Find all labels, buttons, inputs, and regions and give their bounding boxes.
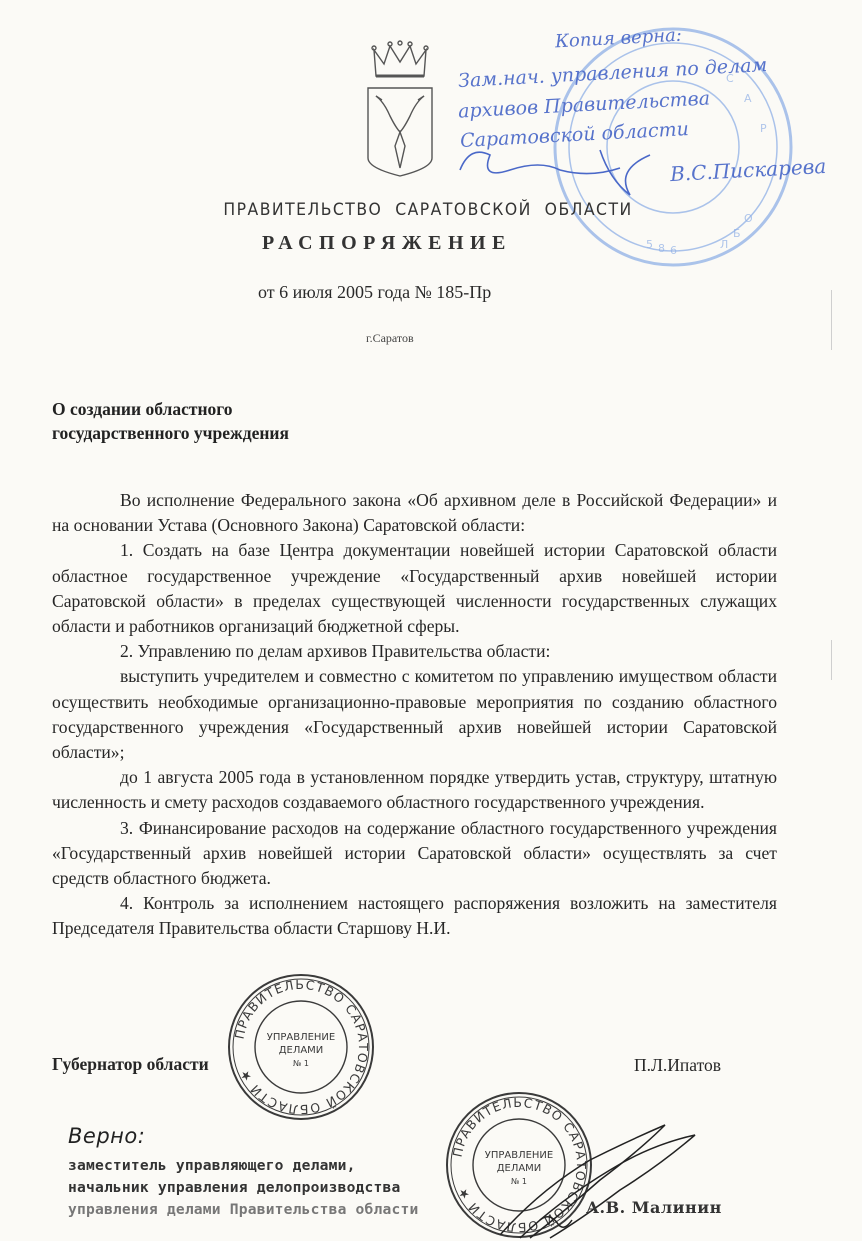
signer-title: Губернатор области <box>52 1054 209 1075</box>
svg-text:УПРАВЛЕНИЕ: УПРАВЛЕНИЕ <box>267 1032 336 1043</box>
clause-3-paragraph: 3. Финансирование расходов на содержание… <box>52 816 777 892</box>
clause-4-paragraph: 4. Контроль за исполнением настоящего ра… <box>52 891 777 941</box>
svg-text:8: 8 <box>658 242 665 255</box>
scan-edge-mark <box>831 640 832 680</box>
preamble-paragraph: Во исполнение Федерального закона «Об ар… <box>52 488 777 538</box>
document-subject: О создании областного государственного у… <box>52 397 289 445</box>
certifier-name: А.В. Малинин <box>586 1198 722 1217</box>
clause-2-item-a-paragraph: выступить учредителем и совместно с коми… <box>52 664 777 765</box>
saratov-coat-of-arms-icon <box>362 40 438 180</box>
svg-text:Б: Б <box>733 227 741 240</box>
subject-line-2: государственного учреждения <box>52 421 289 445</box>
svg-text:ДЕЛАМИ: ДЕЛАМИ <box>279 1045 324 1056</box>
document-type-title: РАСПОРЯЖЕНИЕ <box>262 232 512 255</box>
scan-edge-mark <box>831 290 832 350</box>
certification-line-3: управления делами Правительства области <box>68 1199 418 1221</box>
svg-text:5: 5 <box>646 238 653 251</box>
clause-1-paragraph: 1. Создать на базе Центра документации н… <box>52 538 777 639</box>
certification-line-2: начальник управления делопроизводства <box>68 1177 418 1199</box>
document-city: г.Саратов <box>366 331 414 346</box>
handwritten-signature-icon <box>480 1120 700 1241</box>
svg-text:6: 6 <box>670 244 677 257</box>
svg-text:№ 1: № 1 <box>293 1059 309 1068</box>
svg-text:Л: Л <box>720 238 728 251</box>
scanned-document-page: САР ОБЛ 685 Копия верна: Зам.нач. управл… <box>0 0 862 1241</box>
certification-position: заместитель управляющего делами, начальн… <box>68 1155 418 1221</box>
subject-line-1: О создании областного <box>52 397 289 421</box>
certification-heading: Верно: <box>68 1124 145 1148</box>
document-body: Во исполнение Федерального закона «Об ар… <box>52 488 777 942</box>
clause-2-item-b-paragraph: до 1 августа 2005 года в установленном п… <box>52 765 777 815</box>
official-seal-icon: ПРАВИТЕЛЬСТВО САРАТОВСКОЙ ОБЛАСТИ ★ УПРА… <box>226 972 376 1122</box>
certification-line-1: заместитель управляющего делами, <box>68 1155 418 1177</box>
signer-name: П.Л.Ипатов <box>634 1055 721 1076</box>
government-name: ПРАВИТЕЛЬСТВО САРАТОВСКОЙ ОБЛАСТИ <box>32 200 825 220</box>
document-date-number: от 6 июля 2005 года № 185-Пр <box>258 282 491 303</box>
svg-text:А: А <box>744 92 752 105</box>
svg-text:Р: Р <box>760 122 767 135</box>
clause-2-paragraph: 2. Управлению по делам архивов Правитель… <box>52 639 777 664</box>
